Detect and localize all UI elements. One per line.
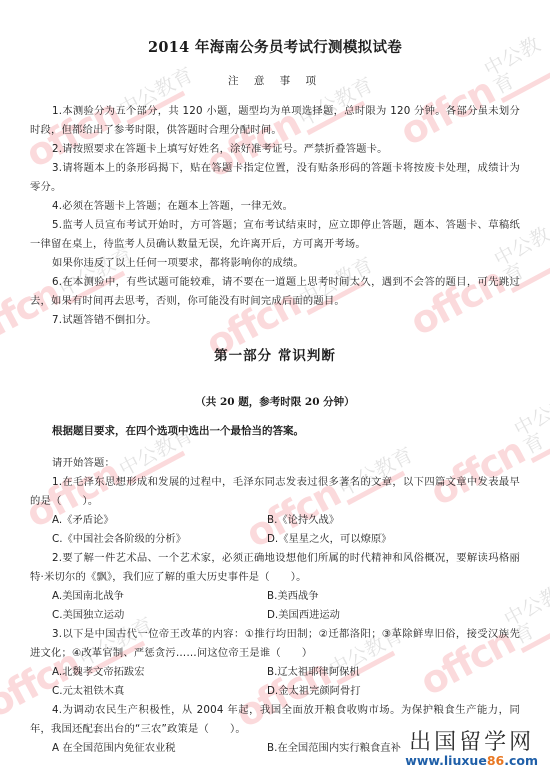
notice-item: 6.在本测验中，有些试题可能较难，请不要在一道题上思考时间太久，遇到不会答的题目… — [30, 273, 520, 311]
exam-page: offcn中公教育 offcn中公教育 offcn中公教育 offcn中公教育 … — [0, 0, 550, 766]
option-b: B.辽太祖耶律阿保机 — [267, 663, 482, 682]
notice-item: 4.必须在答题卡上答题；在题本上答题，一律无效。 — [30, 197, 520, 216]
start-prompt: 请开始答题： — [30, 454, 520, 473]
question-stem: 1.在毛泽东思想形成和发展的过程中，毛泽东同志发表过很多著名的文章，以下四篇文章… — [30, 473, 520, 511]
option-a: A 在全国范围内免征农业税 — [52, 739, 267, 758]
question-options: A.北魏孝文帝拓跋宏B.辽太祖耶律阿保机 C.元太祖铁木真D.金太祖完颜阿骨打 — [52, 663, 522, 701]
question-options: A.美国南北战争B.美西战争 C.美国独立运动D.美国西进运动 — [52, 587, 522, 625]
option-d: D.金太祖完颜阿骨打 — [267, 682, 482, 701]
question-options: A.《矛盾论》B.《论持久战》 C.《中国社会各阶级的分析》D.《星星之火，可以… — [52, 511, 522, 549]
option-b: B.美西战争 — [267, 587, 482, 606]
notice-item: 如果你违反了以上任何一项要求，都将影响你的成绩。 — [30, 254, 520, 273]
site-logo-name: 出国留学网 — [405, 732, 538, 754]
page-title: 2014 年海南公务员考试行测模拟试卷 — [0, 36, 550, 57]
site-logo-url: www.liuxue86.com — [405, 754, 538, 766]
notice-item: 3.请将题本上的条形码揭下，贴在答题卡指定位置，没有贴条形码的答题卡将按废卡处理… — [30, 159, 520, 197]
notice-item: 1.本测验分为五个部分，共 120 小题，题型均为单项选择题，总时限为 120 … — [30, 102, 520, 140]
section-subtitle: （共 20 题，参考时限 20 分钟） — [0, 394, 550, 409]
section-title: 第一部分 常识判断 — [0, 344, 550, 364]
option-c: C.元太祖铁木真 — [52, 682, 267, 701]
notice-heading: 注 意 事 项 — [0, 73, 550, 88]
notice-item: 7.试题答错不倒扣分。 — [30, 311, 520, 330]
option-b: B.《论持久战》 — [267, 511, 482, 530]
question-stem: 3.以下是中国古代一位帝王改革的内容：①推行均田制；②迁都洛阳；③革除鲜卑旧俗，… — [30, 625, 520, 663]
section-instruction: 根据题目要求，在四个选项中选出一个最恰当的答案。 — [52, 423, 304, 438]
option-a: A.《矛盾论》 — [52, 511, 267, 530]
question-stem: 2.要了解一件艺术品、一个艺术家，必须正确地设想他们所属的时代精神和风俗概况，要… — [30, 549, 520, 587]
option-d: D.美国西进运动 — [267, 606, 482, 625]
notice-item: 2.请按照要求在答题卡上填写好姓名，涂好准考证号。严禁折叠答题卡。 — [30, 140, 520, 159]
option-c: C.美国独立运动 — [52, 606, 267, 625]
option-a: A.美国南北战争 — [52, 587, 267, 606]
notice-item: 5.监考人员宣布考试开始时，方可答题；宣布考试结束时，应立即停止答题，题本、答题… — [30, 216, 520, 254]
option-c: C.《中国社会各阶级的分析》 — [52, 530, 267, 549]
option-d: D.《星星之火，可以燎原》 — [267, 530, 482, 549]
option-a: A.北魏孝文帝拓跋宏 — [52, 663, 267, 682]
site-logo[interactable]: 出国留学网 www.liuxue86.com — [405, 732, 538, 766]
